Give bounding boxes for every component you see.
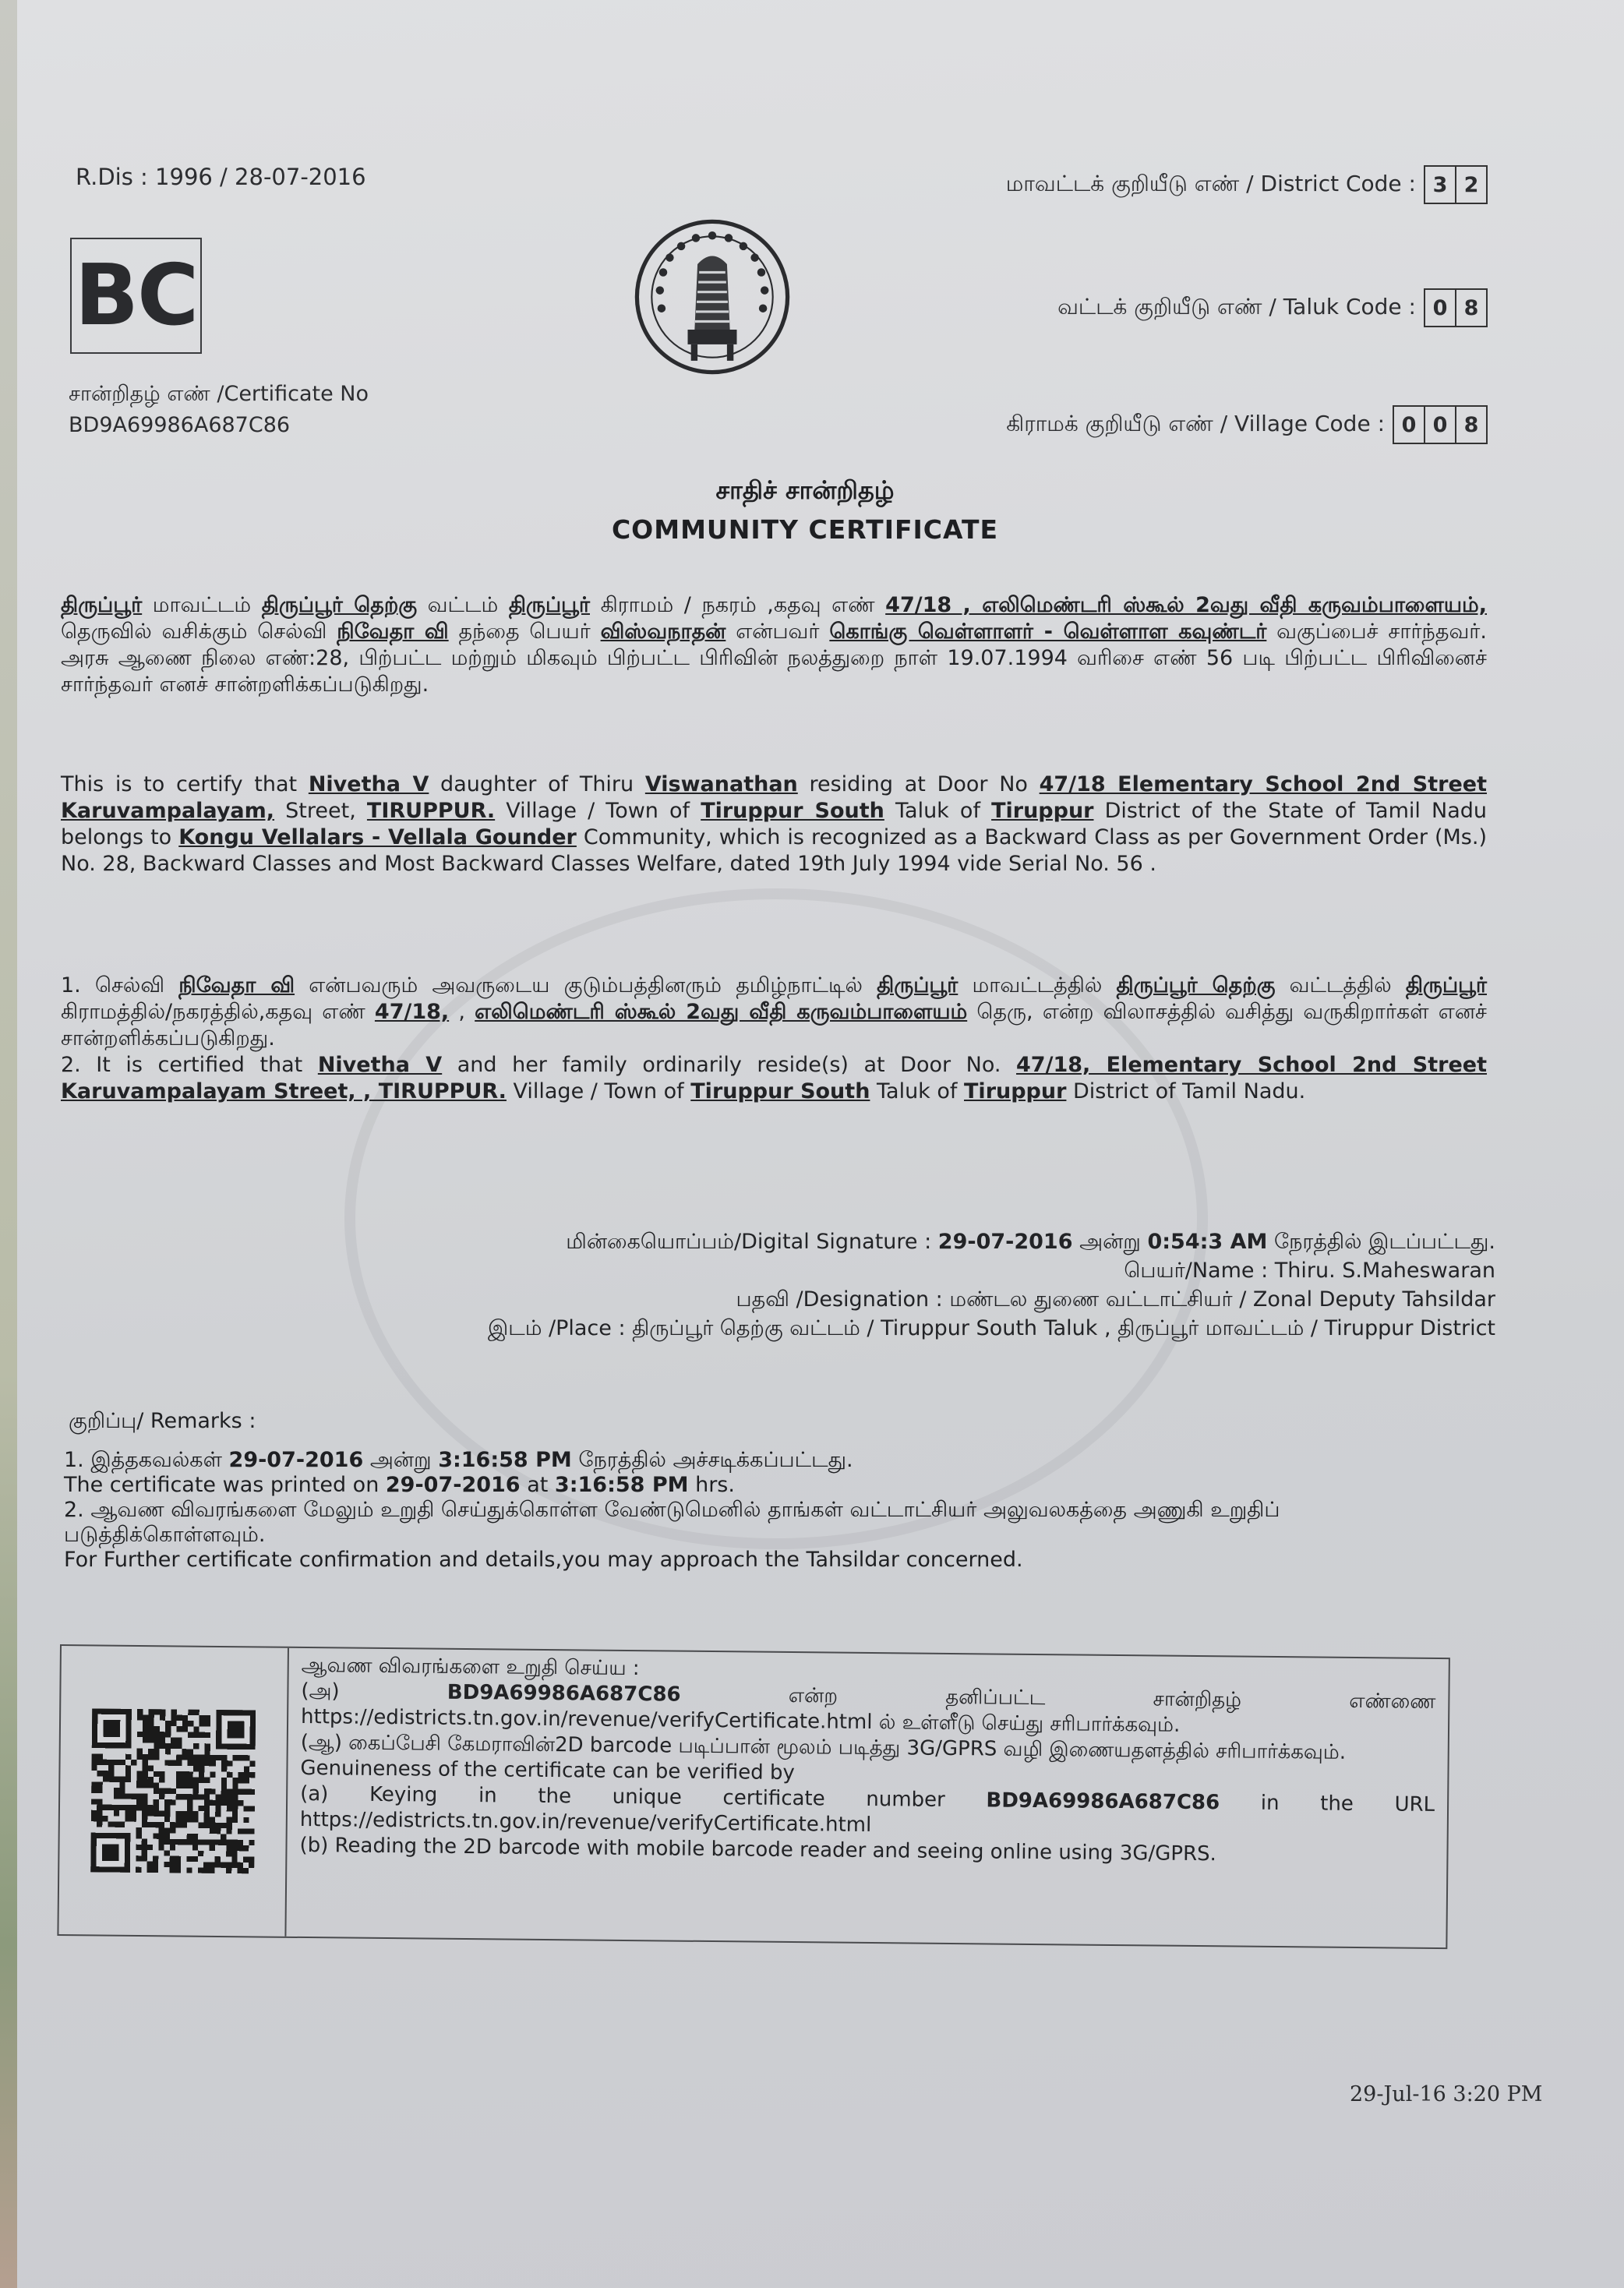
- signed-date: 29-07-2016: [938, 1230, 1073, 1254]
- remarks-label: குறிப்பு/ Remarks :: [69, 1409, 256, 1436]
- filled-field-value: 47/18,: [375, 1000, 449, 1024]
- code-digit: 8: [1455, 407, 1486, 443]
- filled-field-value: Tiruppur South: [690, 1079, 870, 1103]
- filled-field-value: திருப்பூர்: [61, 593, 142, 617]
- district-code-row: மாவட்டக் குறியீடு எண் / District Code : …: [1006, 165, 1488, 204]
- static-text: Street,: [274, 799, 367, 823]
- village-code-boxes: 0 0 8: [1393, 405, 1488, 444]
- designation-line: பதவி /Designation : மண்டல துணை வட்டாட்சி…: [488, 1285, 1495, 1314]
- static-text: என்பவர்: [726, 620, 829, 644]
- code-digit: 8: [1455, 290, 1486, 326]
- remark-2-tamil: 2. ஆவண விவரங்களை மேலும் உறுதி செய்துக்கொ…: [64, 1498, 1459, 1548]
- filled-field-value: Nivetha V: [309, 772, 429, 796]
- remark-1-english: The certificate was printed on 29-07-201…: [64, 1473, 1459, 1498]
- filled-field-value: திருப்பூர் தெற்கு: [262, 593, 417, 617]
- filled-field-value: திருப்பூர்: [509, 593, 590, 617]
- certification-paragraph-tamil: திருப்பூர் மாவட்டம் திருப்பூர் தெற்கு வட…: [61, 592, 1487, 698]
- static-text: Taluk of: [870, 1079, 964, 1103]
- taluk-code-label: வட்டக் குறியீடு எண் / Taluk Code :: [1057, 294, 1416, 323]
- qr-code-icon: [90, 1708, 256, 1873]
- code-digit: 2: [1455, 167, 1486, 203]
- static-text: and her family ordinarily reside(s) at D…: [442, 1053, 1016, 1077]
- village-code-row: கிராமக் குறியீடு எண் / Village Code : 0 …: [1006, 405, 1488, 444]
- rdis-reference: R.Dis : 1996 / 28-07-2016: [76, 164, 366, 190]
- filled-field-value: Tiruppur: [964, 1079, 1066, 1103]
- print-timestamp: 29-Jul-16 3:20 PM: [1350, 2082, 1542, 2106]
- code-digit: 0: [1424, 407, 1455, 443]
- category-badge: BC: [70, 238, 202, 354]
- district-code-boxes: 3 2: [1424, 165, 1488, 204]
- signatory-name-line: பெயர்/Name : Thiru. S.Maheswaran: [488, 1256, 1495, 1285]
- filled-field-value: விஸ்வநாதன்: [601, 620, 726, 644]
- static-text: தெருவில் வசிக்கும் செல்வி: [61, 620, 337, 644]
- static-text: வட்டத்தில்: [1275, 973, 1405, 997]
- filled-field-value: திருப்பூர்: [877, 973, 958, 997]
- static-text: தந்தை பெயர்: [449, 620, 601, 644]
- signature-block: மின்கையொப்பம்/Digital Signature : 29-07-…: [488, 1227, 1495, 1343]
- certificate-no-value: BD9A69986A687C86: [69, 413, 290, 437]
- static-text: ,: [449, 1000, 475, 1024]
- filled-field-value: Viswanathan: [645, 772, 798, 796]
- static-text: District of Tamil Nadu.: [1066, 1079, 1305, 1103]
- remark-2-english: For Further certificate confirmation and…: [64, 1548, 1459, 1573]
- static-text: மாவட்டத்தில்: [958, 973, 1116, 997]
- taluk-code-boxes: 0 8: [1424, 288, 1488, 327]
- static-text: Village / Town of: [507, 1079, 690, 1103]
- digital-signature-line: மின்கையொப்பம்/Digital Signature : 29-07-…: [488, 1227, 1495, 1256]
- tamil-nadu-emblem-icon: [630, 215, 794, 379]
- static-text: daughter of Thiru: [429, 772, 644, 796]
- filled-field-value: 47/18 , எலிமெண்டரி ஸ்கூல் 2வது வீதி கருவ…: [885, 593, 1487, 617]
- static-text: கிராமம் / நகரம் ,கதவு எண்: [590, 593, 885, 617]
- filled-field-value: Tiruppur South: [701, 799, 884, 823]
- static-text: Taluk of: [884, 799, 991, 823]
- certificate-no-label: சான்றிதழ் எண் /Certificate No: [69, 382, 369, 409]
- code-digit: 0: [1425, 290, 1455, 326]
- designation: மண்டல துணை வட்டாட்சியர் / Zonal Deputy T…: [949, 1287, 1495, 1312]
- place: திருப்பூர் தெற்கு வட்டம் / Tiruppur Sout…: [632, 1316, 1495, 1340]
- residence-paragraph-tamil: 1. செல்வி நிவேதா வி என்பவரும் அவருடைய கு…: [61, 973, 1487, 1052]
- filled-field-value: Kongu Vellalars - Vellala Gounder: [178, 825, 577, 849]
- signatory-name: Thiru. S.Maheswaran: [1275, 1259, 1495, 1283]
- taluk-code-row: வட்டக் குறியீடு எண் / Taluk Code : 0 8: [1057, 288, 1488, 327]
- village-code-label: கிராமக் குறியீடு எண் / Village Code :: [1006, 411, 1385, 440]
- code-digit: 3: [1425, 167, 1455, 203]
- static-text: residing at Door No: [798, 772, 1040, 796]
- filled-field-value: திருப்பூர் தெற்கு: [1116, 973, 1275, 997]
- filled-field-value: Nivetha V: [318, 1053, 442, 1077]
- static-text: This is to certify that: [61, 772, 309, 796]
- filled-field-value: கொங்கு வெள்ளாளர் - வெள்ளாள கவுண்டர்: [829, 620, 1266, 644]
- static-text: 1. செல்வி: [61, 973, 178, 997]
- static-text: கிராமத்தில்/நகரத்தில்,கதவு எண்: [61, 1000, 375, 1024]
- static-text: 2. It is certified that: [61, 1053, 318, 1077]
- filled-field-value: நிவேதா வி: [337, 620, 448, 644]
- verification-box: ஆவண விவரங்களை உறுதி செய்ய : (அ) BD9A6998…: [57, 1644, 1450, 1949]
- place-line: இடம் /Place : திருப்பூர் தெற்கு வட்டம் /…: [488, 1314, 1495, 1343]
- certification-paragraph-english: This is to certify that Nivetha V daught…: [61, 771, 1487, 877]
- remarks-list: 1. இத்தகவல்கள் 29-07-2016 அன்று 3:16:58 …: [64, 1448, 1459, 1573]
- verification-instructions: ஆவண விவரங்களை உறுதி செய்ய : (அ) BD9A6998…: [286, 1648, 1448, 1947]
- residence-paragraph-english: 2. It is certified that Nivetha V and he…: [61, 1052, 1487, 1105]
- remark-1-tamil: 1. இத்தகவல்கள் 29-07-2016 அன்று 3:16:58 …: [64, 1448, 1459, 1473]
- static-text: என்பவரும் அவருடைய குடும்பத்தினரும் தமிழ்…: [295, 973, 877, 997]
- code-digit: 0: [1394, 407, 1424, 443]
- title-tamil: சாதிச் சான்றிதழ்: [17, 475, 1624, 508]
- residence-paragraphs: 1. செல்வி நிவேதா வி என்பவரும் அவருடைய கு…: [61, 973, 1487, 1105]
- district-code-label: மாவட்டக் குறியீடு எண் / District Code :: [1006, 171, 1416, 199]
- filled-field-value: எலிமெண்டரி ஸ்கூல் 2வது வீதி கருவம்பாளையம…: [475, 1000, 967, 1024]
- static-text: வட்டம்: [417, 593, 509, 617]
- title-english: COMMUNITY CERTIFICATE: [17, 514, 1624, 545]
- static-text: Village / Town of: [495, 799, 701, 823]
- filled-field-value: TIRUPPUR.: [367, 799, 495, 823]
- static-text: மாவட்டம்: [142, 593, 262, 617]
- certificate-page: R.Dis : 1996 / 28-07-2016 BC சான்றிதழ் எ…: [17, 0, 1624, 2288]
- filled-field-value: நிவேதா வி: [178, 973, 295, 997]
- filled-field-value: Tiruppur: [991, 799, 1093, 823]
- qr-cell: [58, 1646, 289, 1937]
- signed-time: 0:54:3 AM: [1147, 1230, 1267, 1254]
- filled-field-value: திருப்பூர்: [1406, 973, 1487, 997]
